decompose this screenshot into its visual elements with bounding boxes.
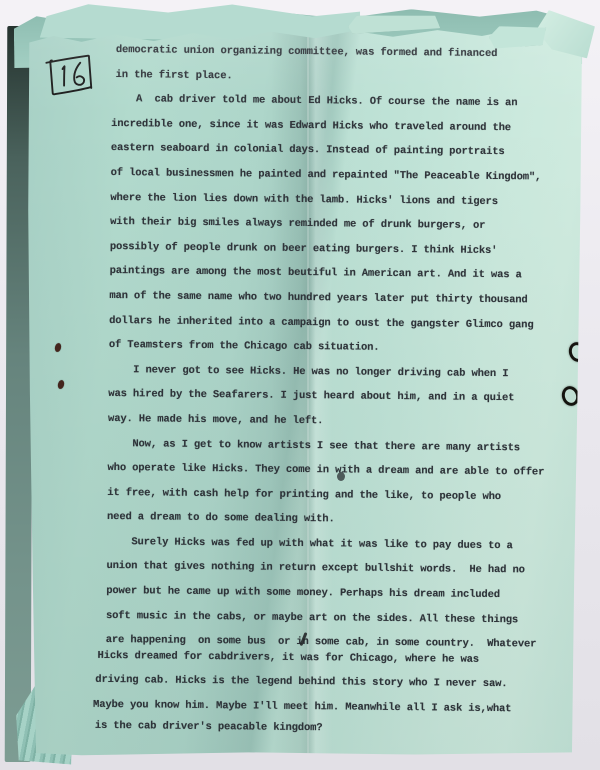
handwritten-page-number-box [44,46,96,100]
page-number-box-outline-2 [50,60,90,94]
photo-of-typescript-page: drink democratic union organizing commit… [0,0,600,770]
staple-hole-left-bottom [57,379,65,389]
typed-text: democratic union organizing committee, w… [105,43,580,748]
staple-hole-left-top [54,342,62,352]
paper-sheet: drink democratic union organizing commit… [26,28,582,756]
ink-smudge [337,472,345,481]
page-number-box-outline [46,56,91,88]
digit-6-stroke [74,63,84,85]
typed-line: is the cab driver's peacable kingdom? [95,718,573,748]
digit-1-stroke [63,66,65,85]
